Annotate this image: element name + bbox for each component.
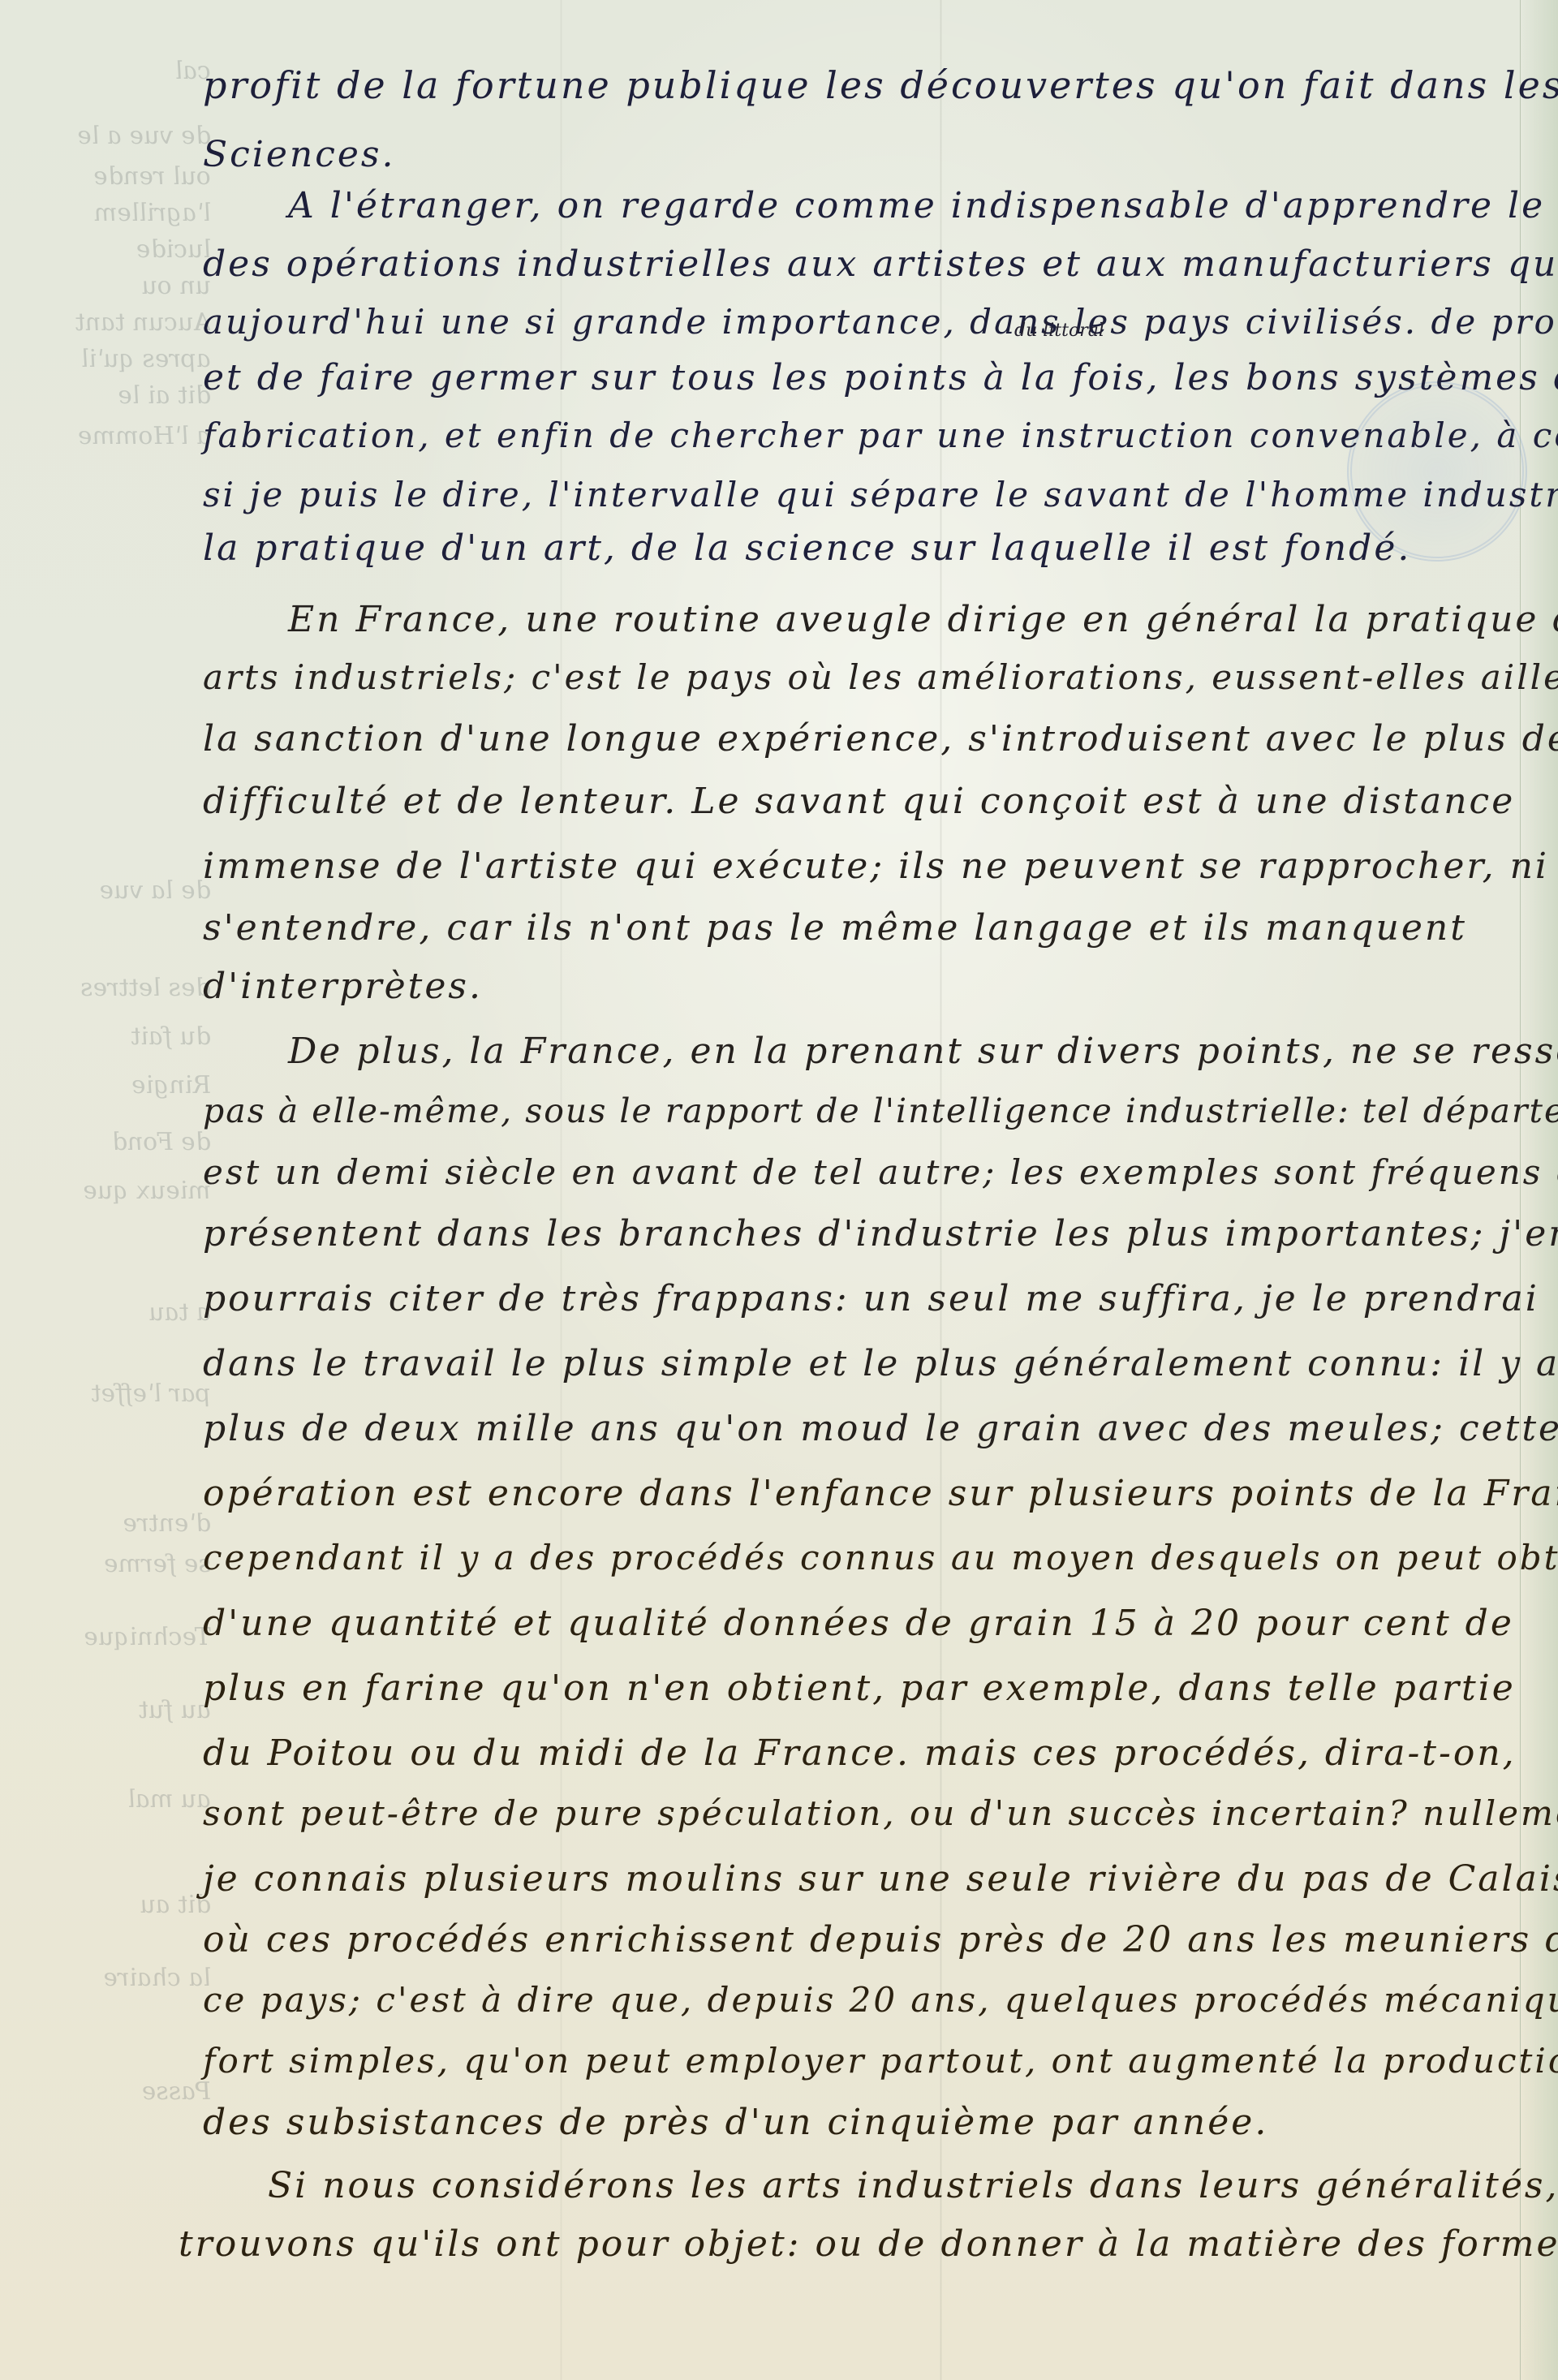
bleed-line: un ou (6, 272, 213, 300)
text-line: et de faire germer sur tous les points à… (203, 357, 1558, 398)
bleed-line: des lettres (6, 974, 213, 1002)
text-line: profit de la fortune publique les découv… (203, 63, 1558, 107)
text-line: En France, une routine aveugle dirige en… (203, 599, 1558, 640)
bleed-line: au mal (6, 1785, 213, 1814)
bleed-line: de Fond (6, 1128, 213, 1156)
text-line: je connais plusieurs moulins sur une seu… (203, 1858, 1558, 1900)
bleed-line: par l'effet (6, 1379, 213, 1408)
text-line: dans le travail le plus simple et le plu… (203, 1343, 1558, 1384)
bleed-line: du fait (6, 1022, 213, 1051)
text-line: d'une quantité et qualité données de gra… (203, 1603, 1514, 1644)
text-line: si je puis le dire, l'intervalle qui sép… (203, 475, 1558, 514)
bleed-line: au fut (6, 1696, 213, 1724)
bleed-line: dit au (6, 1891, 213, 1919)
interlinear-insertion: du littoral (1014, 321, 1104, 341)
text-line: sont peut-être de pure spéculation, ou d… (203, 1793, 1558, 1833)
bleed-line: Technique (6, 1623, 213, 1651)
bleed-line: Passe (6, 2077, 213, 2106)
bleed-line: a l'Homme (6, 422, 213, 450)
text-line: De plus, la France, en la prenant sur di… (203, 1031, 1558, 1072)
text-line: opération est encore dans l'enfance sur … (203, 1473, 1558, 1514)
text-line: difficulté et de lenteur. Le savant qui … (203, 781, 1515, 822)
text-line: est un demi siècle en avant de tel autre… (203, 1152, 1558, 1192)
bleed-line: dit ai le (6, 381, 213, 410)
text-line: ce pays; c'est à dire que, depuis 20 ans… (203, 1980, 1558, 2020)
bleed-line: se ferme (6, 1550, 213, 1578)
text-line: d'interprètes. (203, 966, 483, 1007)
text-line: cependant il y a des procédés connus au … (203, 1538, 1558, 1577)
bleed-line: oul rende (6, 162, 213, 191)
bleed-line: apres qu'il (6, 345, 213, 373)
text-line: où ces procédés enrichissent depuis près… (203, 1919, 1558, 1960)
text-line: Si nous considérons les arts industriels… (203, 2165, 1558, 2206)
bleed-line: mieux que (6, 1177, 213, 1205)
text-line: fabrication, et enfin de chercher par un… (203, 415, 1558, 455)
text-line: immense de l'artiste qui exécute; ils ne… (203, 846, 1549, 887)
bleed-line: d'entre (6, 1509, 213, 1538)
text-line: A l'étranger, on regarde comme indispens… (203, 185, 1558, 226)
bleed-line: lucide (6, 235, 213, 264)
bleed-line: cal (6, 57, 213, 85)
text-line: fort simples, qu'on peut employer partou… (203, 2041, 1558, 2081)
text-line: du Poitou ou du midi de la France. mais … (203, 1732, 1517, 1774)
bleed-line: de vue a le (6, 122, 213, 150)
text-line: la sanction d'une longue expérience, s'i… (203, 718, 1558, 760)
manuscript-page: cal de vue a le oul rende l'agrillem luc… (0, 0, 1558, 2380)
bleed-line: a tau (6, 1298, 213, 1327)
text-line: pas à elle-même, sous le rapport de l'in… (203, 1091, 1558, 1130)
text-line: la pratique d'un art, de la science sur … (203, 527, 1411, 569)
bleed-line: Ringie (6, 1071, 213, 1100)
bleed-line: Aucun tant (6, 308, 213, 337)
text-line: plus de deux mille ans qu'on moud le gra… (203, 1408, 1558, 1449)
text-line: arts industriels; c'est le pays où les a… (203, 657, 1558, 697)
text-line: s'entendre, car ils n'ont pas le même la… (203, 907, 1467, 949)
text-line: des subsistances de près d'un cinquième … (203, 2102, 1268, 2143)
text-line: des opérations industrielles aux artiste… (203, 243, 1558, 285)
text-line: trouvons qu'ils ont pour objet: ou de do… (179, 2223, 1558, 2265)
bleed-line: l'agrillem (6, 199, 213, 227)
bleed-line: la chaire (6, 1964, 213, 1992)
bleed-line: de la vue (6, 876, 213, 905)
text-line: pourrais citer de très frappans: un seul… (203, 1278, 1539, 1319)
text-line: présentent dans les branches d'industrie… (203, 1213, 1558, 1255)
text-line: aujourd'hui une si grande importance, da… (203, 302, 1558, 342)
text-line: Sciences. (203, 134, 395, 175)
text-line: plus en farine qu'on n'en obtient, par e… (203, 1668, 1516, 1709)
